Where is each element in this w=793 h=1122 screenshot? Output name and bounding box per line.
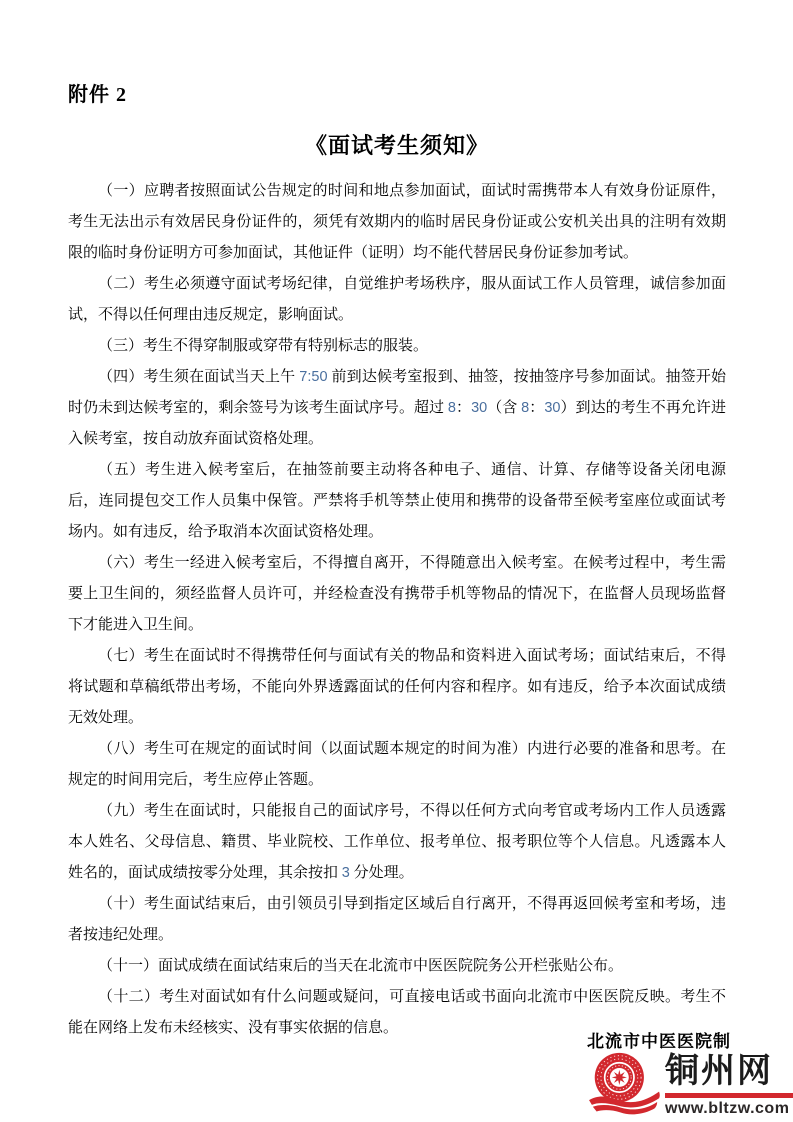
paragraph: （二）考生必须遵守面试考场纪律，自觉维护考场秩序，服从面试工作人员管理，诚信参加… — [68, 269, 726, 331]
paragraph-text: （七）考生在面试时不得携带任何与面试有关的物品和资料进入面试考场；面试结束后，不… — [68, 648, 726, 726]
paragraph-text: （二）考生必须遵守面试考场纪律，自觉维护考场秩序，服从面试工作人员管理，诚信参加… — [68, 276, 726, 323]
attachment-label: 附件 2 — [68, 78, 726, 107]
paragraph-text: （含 — [487, 400, 521, 416]
paragraph: （八）考生可在规定的面试时间（以面试题本规定的时间为准）内进行必要的准备和思考。… — [68, 734, 726, 796]
highlighted-number: 30 — [471, 400, 487, 416]
paragraph-text: 分处理。 — [350, 865, 414, 881]
site-watermark: 铜州网 www.bltzw.com — [587, 1050, 793, 1120]
red-divider — [665, 1093, 793, 1098]
paragraph-text: （四）考生须在面试当天上午 — [98, 369, 299, 385]
paragraph-text: ： — [529, 400, 544, 416]
paragraph-text: （六）考生一经进入候考室后，不得擅自离开，不得随意出入候考室。在候考过程中，考生… — [68, 555, 726, 633]
paragraph: （五）考生进入候考室后，在抽签前要主动将各种电子、通信、计算、存储等设备关闭电源… — [68, 455, 726, 548]
paragraph: （四）考生须在面试当天上午 7:50 前到达候考室报到、抽签，按抽签序号参加面试… — [68, 362, 726, 455]
page-title: 《面试考生须知》 — [68, 129, 726, 160]
paragraph-text: （一）应聘者按照面试公告规定的时间和地点参加面试，面试时需携带本人有效身份证原件… — [68, 183, 726, 261]
watermark-text-block: 铜州网 www.bltzw.com — [665, 1054, 793, 1120]
seal-star-ribbon-icon — [587, 1050, 663, 1120]
paragraph: （十）考生面试结束后，由引领员引导到指定区域后自行离开，不得再返回候考室和考场，… — [68, 889, 726, 951]
highlighted-number: 30 — [544, 400, 560, 416]
highlighted-number: 8 — [448, 400, 456, 416]
paragraph-text: （五）考生进入候考室后，在抽签前要主动将各种电子、通信、计算、存储等设备关闭电源… — [68, 462, 726, 540]
site-url: www.bltzw.com — [665, 1100, 793, 1118]
paragraph-text: （十）考生面试结束后，由引领员引导到指定区域后自行离开，不得再返回候考室和考场，… — [68, 896, 726, 943]
paragraph: （七）考生在面试时不得携带任何与面试有关的物品和资料进入面试考场；面试结束后，不… — [68, 641, 726, 734]
paragraph: （三）考生不得穿制服或穿带有特别标志的服装。 — [68, 331, 726, 362]
site-name: 铜州网 — [665, 1054, 793, 1090]
highlighted-number: 3 — [342, 865, 350, 881]
paragraph-text: ： — [456, 400, 471, 416]
paragraph-text: （三）考生不得穿制服或穿带有特别标志的服装。 — [98, 338, 428, 354]
highlighted-number: 7:50 — [299, 369, 327, 385]
paragraph: （六）考生一经进入候考室后，不得擅自离开，不得随意出入候考室。在候考过程中，考生… — [68, 548, 726, 641]
paragraph: （十一）面试成绩在面试结束后的当天在北流市中医医院院务公开栏张贴公布。 — [68, 951, 726, 982]
paragraph: （一）应聘者按照面试公告规定的时间和地点参加面试，面试时需携带本人有效身份证原件… — [68, 176, 726, 269]
paragraph-text: （八）考生可在规定的面试时间（以面试题本规定的时间为准）内进行必要的准备和思考。… — [68, 741, 726, 788]
issuer-line: 北流市中医医院制 — [587, 1027, 731, 1052]
paragraph: （九）考生在面试时，只能报自己的面试序号，不得以任何方式向考官或考场内工作人员透… — [68, 796, 726, 889]
document-body: （一）应聘者按照面试公告规定的时间和地点参加面试，面试时需携带本人有效身份证原件… — [68, 176, 726, 1044]
document-page: 附件 2 《面试考生须知》 （一）应聘者按照面试公告规定的时间和地点参加面试，面… — [0, 0, 793, 1122]
paragraph-text: （十一）面试成绩在面试结束后的当天在北流市中医医院院务公开栏张贴公布。 — [98, 958, 623, 974]
